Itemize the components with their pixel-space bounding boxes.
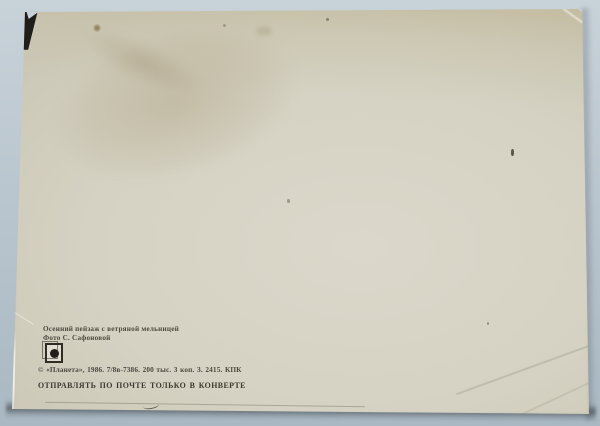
logo-circle-icon: [50, 349, 59, 358]
pencil-mark: [143, 401, 160, 411]
planeta-publisher-logo-icon: [45, 343, 63, 363]
speck: [287, 199, 290, 203]
imprint-line: © «Планета», 1986. 7/8в-7386. 200 тыс. 3…: [38, 365, 242, 374]
speck: [326, 18, 329, 21]
stain-dot-ring: [93, 24, 101, 32]
speck: [511, 149, 514, 156]
speck: [487, 322, 489, 325]
speck: [223, 24, 226, 27]
postcard-back: Осенний пейзаж с ветряной мельницей Фото…: [0, 0, 600, 426]
caption-title: Осенний пейзаж с ветряной мельницей: [43, 325, 179, 333]
crease-bottom-left: [8, 308, 34, 325]
crease-bottom: [45, 402, 365, 407]
crease-bottom-right: [510, 373, 600, 420]
crease-bottom-right: [456, 342, 597, 394]
mailing-notice: ОТПРАВЛЯТЬ ПО ПОЧТЕ ТОЛЬКО В КОНВЕРТЕ: [38, 381, 246, 390]
stain-spot-top: [256, 26, 272, 36]
torn-left-edge: [8, 12, 23, 364]
photo-surface: Осенний пейзаж с ветряной мельницей Фото…: [0, 0, 600, 426]
stain-top-left: [0, 0, 360, 240]
top-right-corner-wear: [560, 6, 584, 24]
